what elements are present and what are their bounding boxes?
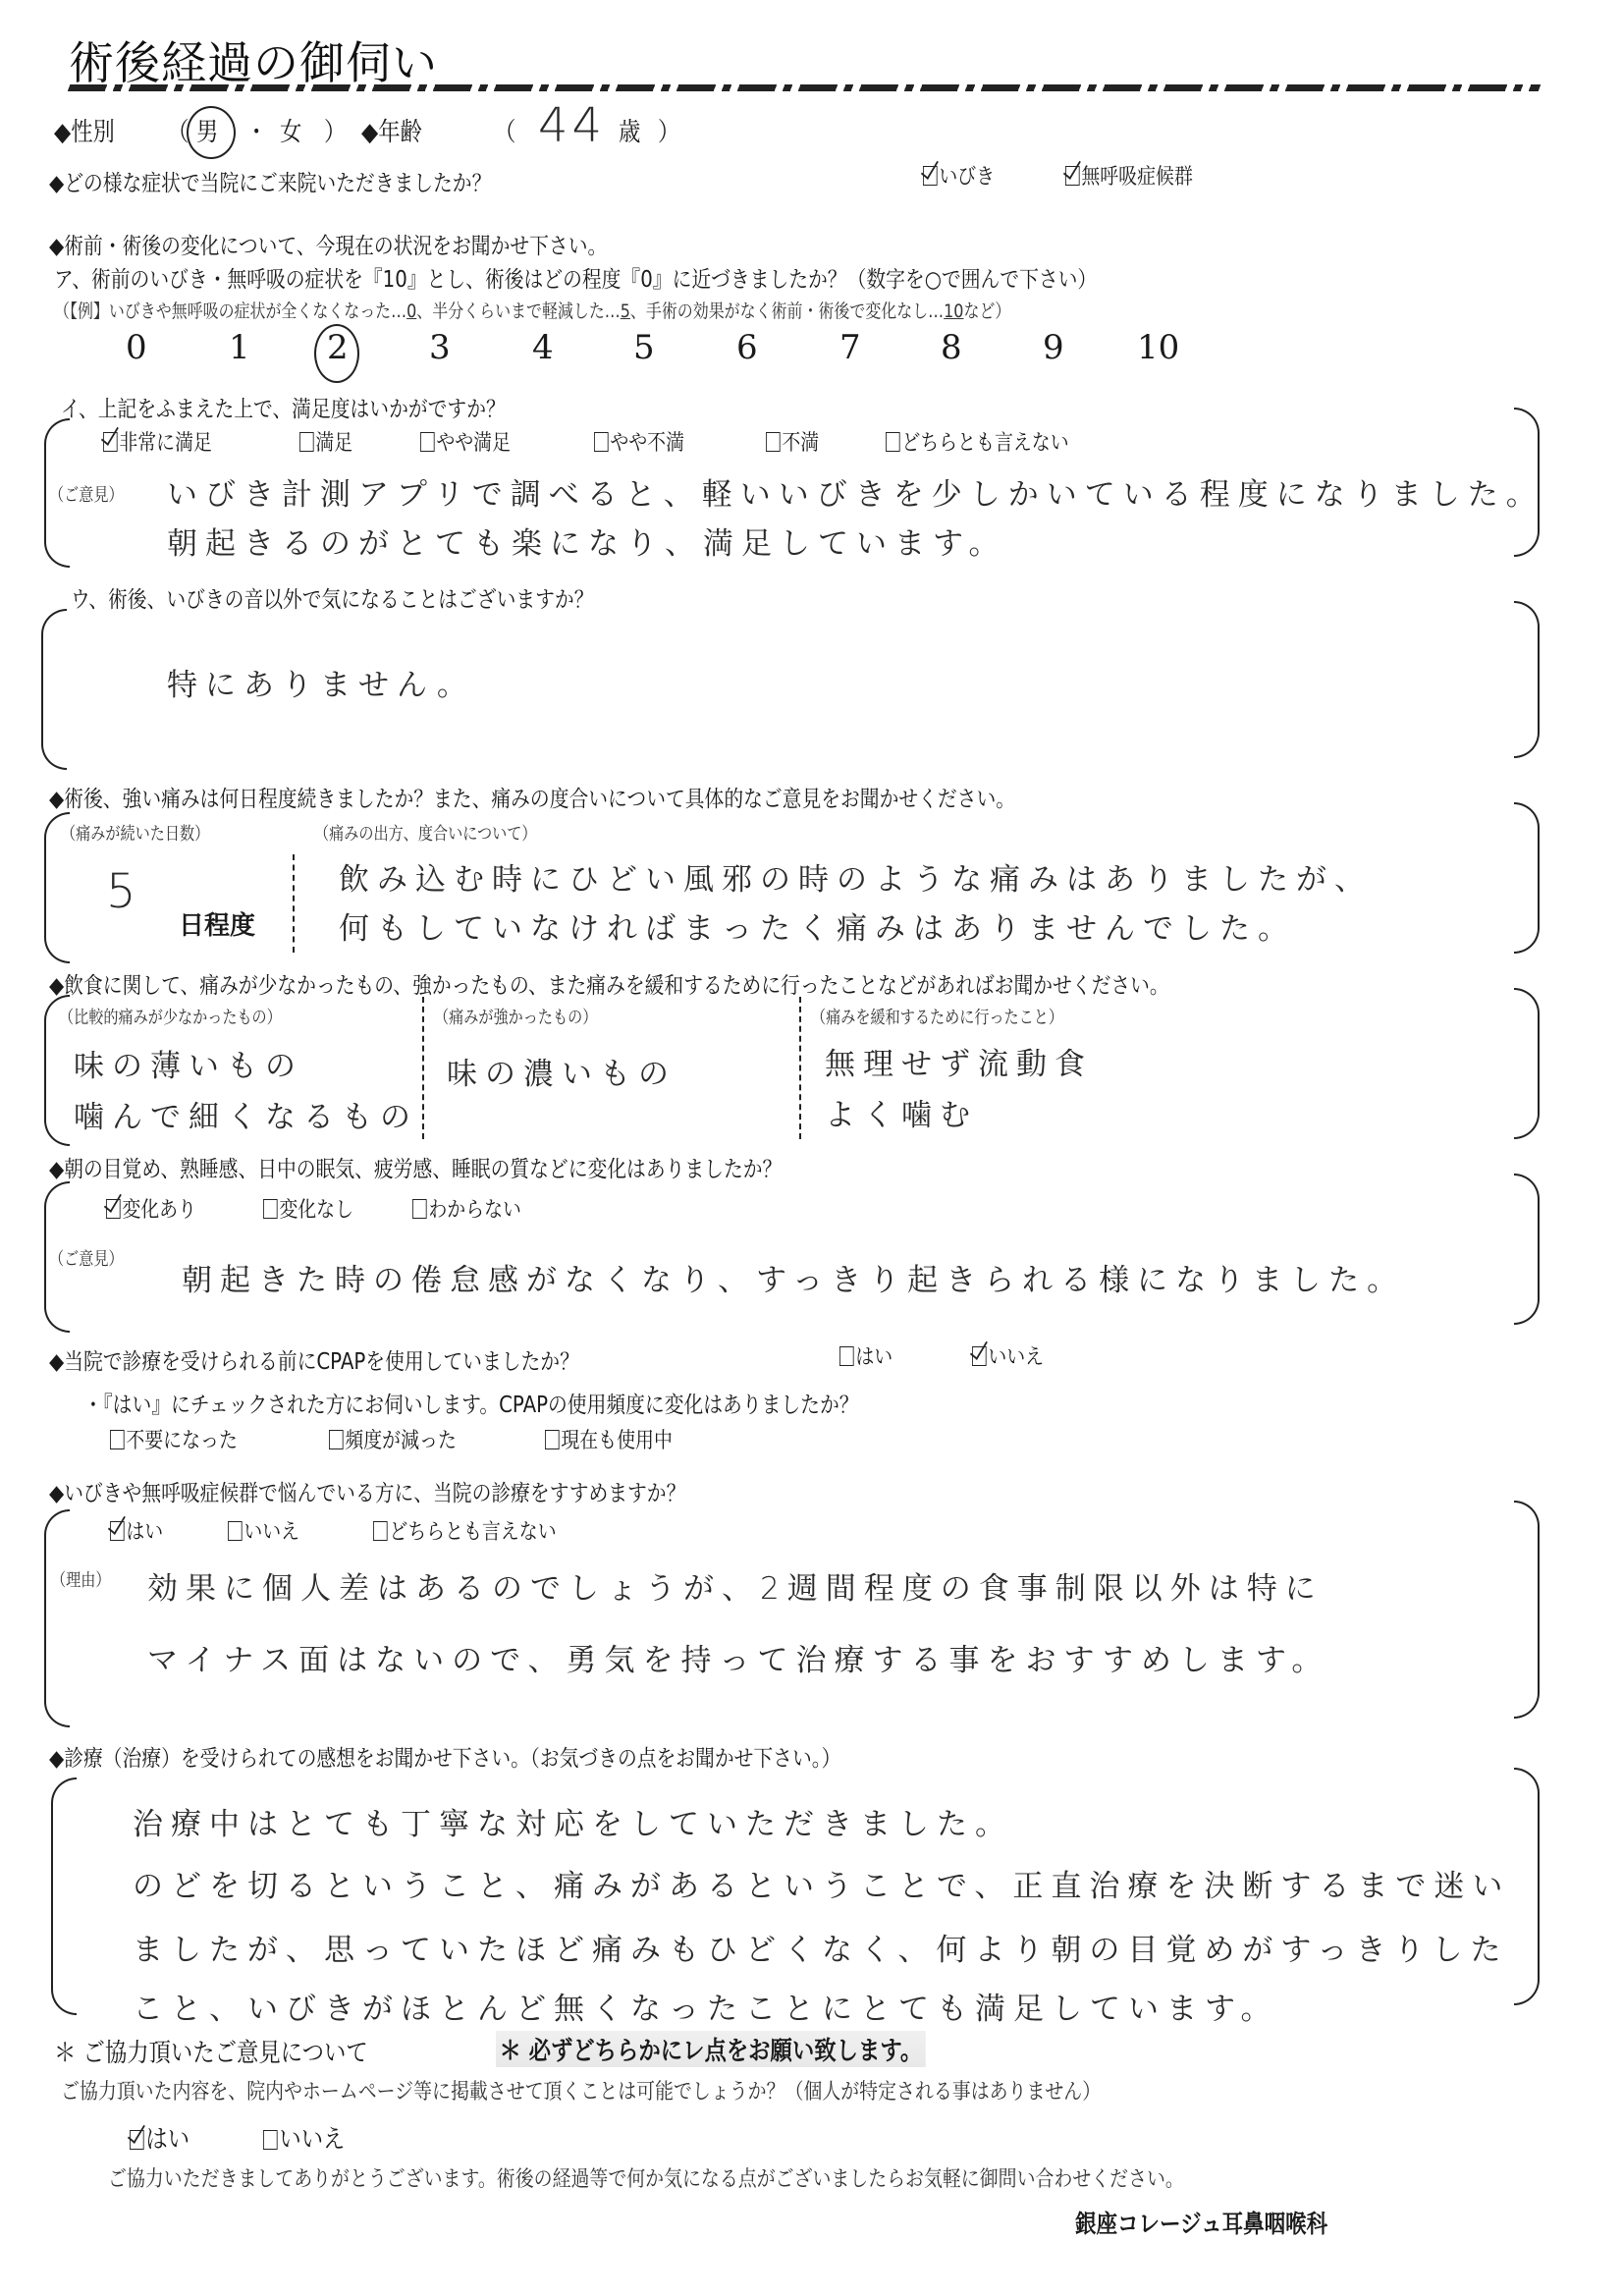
diet-col-3-label: （痛みを緩和するために行ったこと） [811, 1004, 1063, 1029]
morning-option-unchanged[interactable]: 変化なし [263, 1193, 353, 1224]
symptom-option-snoring[interactable]: いびき [923, 160, 995, 191]
scale-4[interactable]: 4 [532, 328, 554, 367]
scale-5[interactable]: 5 [633, 328, 655, 367]
checkbox-icon[interactable] [420, 432, 435, 452]
satisfaction-opinion-line-1[interactable]: いびき計測アプリで調べると、軽いいびきを少しかいている程度になりました。 [167, 469, 1544, 514]
recommend-option-neutral[interactable]: どちらとも言えない [373, 1515, 557, 1546]
checkbox-icon[interactable] [263, 2130, 278, 2150]
right-bracket [1514, 1174, 1540, 1325]
gender-close-paren: ） [324, 112, 346, 148]
diet-col-3-line-1[interactable]: 無理せず流動食 [825, 1039, 1093, 1083]
right-bracket [1514, 802, 1540, 954]
checkbox-icon[interactable] [329, 1430, 344, 1449]
consent-option-no[interactable]: いいえ [263, 2119, 345, 2156]
impression-line-2[interactable]: のどを切るということ、痛みがあるということで、正直治療を決断するまで迷い [133, 1861, 1510, 1905]
age-value[interactable]: 44 [538, 98, 606, 153]
morning-question: ◆朝の目覚め、熟睡感、日中の眠気、疲労感、睡眠の質などに変化はありましたか？ [49, 1151, 782, 1183]
recommend-option-yes[interactable]: はい [110, 1515, 163, 1546]
title-divider [68, 84, 1542, 91]
pain-question: ◆術後、強い痛みは何日程度続きましたか？また、痛みの度合いについて具体的なご意見… [49, 781, 1015, 813]
checkbox-checked-icon[interactable] [130, 2130, 144, 2150]
diet-col-3-line-2[interactable]: よく噛む [825, 1090, 978, 1134]
diet-col-1-label: （比較的痛みが少なかったもの） [59, 1004, 282, 1029]
impression-line-3[interactable]: ましたが、思っていたほど痛みもひどくなく、何より朝の目覚めがすっきりした [133, 1925, 1509, 1969]
diet-question: ◆飲食に関して、痛みが少なかったもの、強かったもの、また痛みを緩和するために行っ… [49, 967, 1169, 1000]
column-divider [422, 997, 424, 1139]
symptoms-question: ◆どの様な症状で当院にご来院いただきましたか？ [49, 165, 491, 197]
recommend-option-no[interactable]: いいえ [228, 1515, 299, 1546]
age-open-paren: （ [494, 112, 515, 148]
morning-opinion[interactable]: 朝起きた時の倦怠感がなくなり、すっきり起きられる様になりました。 [182, 1255, 1405, 1299]
pain-days-value[interactable]: 5 [106, 864, 136, 919]
scale-3[interactable]: 3 [429, 328, 451, 367]
left-bracket [51, 1777, 77, 2015]
other-concerns-answer[interactable]: 特にありません。 [167, 660, 475, 704]
gender-selection-circle [187, 106, 236, 159]
change-sub-a: ア、術前のいびき・無呼吸の症状を『10』とし、術後はどの程度『0』に近づきました… [54, 261, 1097, 294]
satisfaction-question: イ、上記をふまえた上で、満足度はいかがですか？ [61, 391, 506, 423]
scale-6[interactable]: 6 [736, 328, 758, 367]
cpap-followup-option-still-using[interactable]: 現在も使用中 [545, 1424, 673, 1454]
cpap-option-no[interactable]: いいえ [972, 1340, 1044, 1371]
satisfaction-option-somewhat-satisfied[interactable]: やや満足 [420, 426, 511, 457]
age-close-paren: ） [658, 112, 679, 148]
checkbox-icon[interactable] [110, 1430, 125, 1449]
checkbox-icon[interactable] [839, 1346, 854, 1366]
other-concerns-question: ウ、術後、いびきの音以外で気になることはございますか？ [71, 581, 593, 614]
checkbox-icon[interactable] [263, 1199, 278, 1219]
left-bracket [41, 609, 67, 770]
recommend-reason-label: （理由） [51, 1566, 110, 1592]
scale-10[interactable]: 10 [1137, 328, 1179, 367]
checkbox-icon[interactable] [299, 432, 314, 452]
morning-option-changed[interactable]: 変化あり [106, 1193, 196, 1224]
recommend-reason-line-1[interactable]: 効果に個人差はあるのでしょうが、2週間程度の食事制限以外は特に [147, 1563, 1324, 1608]
scale-8[interactable]: 8 [941, 328, 962, 367]
gender-label: ◆性別 [54, 112, 115, 148]
satisfaction-option-somewhat-dissatisfied[interactable]: やや不満 [594, 426, 684, 457]
satisfaction-option-satisfied[interactable]: 満足 [299, 426, 352, 457]
morning-option-unknown[interactable]: わからない [412, 1193, 521, 1224]
cpap-followup-question: ・『はい』にチェックされた方にお伺いします。CPAPの使用頻度に変化はありました… [83, 1387, 859, 1419]
recommend-reason-line-2[interactable]: マイナス面はないので、勇気を持って治療する事をおすすめします。 [147, 1635, 1329, 1679]
checkbox-icon[interactable] [886, 432, 900, 452]
checkbox-icon[interactable] [373, 1521, 388, 1541]
pain-days-unit: 日程度 [179, 905, 255, 942]
diet-col-1-line-2[interactable]: 噛んで細くなるもの [74, 1092, 418, 1136]
pain-detail-line-1[interactable]: 飲み込む時にひどい風邪の時のような痛みはありましたが、 [339, 854, 1373, 899]
right-bracket [1514, 1501, 1540, 1719]
gender-separator: ・ [245, 112, 267, 148]
gender-option-female[interactable]: 女 [280, 112, 301, 148]
age-unit: 歳 [619, 112, 640, 148]
pain-days-label: （痛みが続いた日数） [61, 820, 209, 846]
age-label: ◆年齢 [361, 112, 422, 148]
scale-0[interactable]: 0 [126, 328, 147, 367]
right-bracket [1514, 988, 1540, 1139]
change-question: ◆術前・術後の変化について、今現在の状況をお聞かせ下さい。 [49, 228, 607, 260]
checkbox-icon[interactable] [228, 1521, 243, 1541]
satisfaction-opinion-label: （ご意見） [49, 481, 124, 507]
diet-col-2-line-1[interactable]: 味の濃いもの [447, 1049, 676, 1093]
cpap-followup-option-reduced[interactable]: 頻度が減った [329, 1424, 457, 1454]
symptom-option-apnea[interactable]: 無呼吸症候群 [1065, 160, 1193, 191]
satisfaction-option-dissatisfied[interactable]: 不満 [766, 426, 819, 457]
morning-opinion-label: （ご意見） [49, 1245, 124, 1271]
checkbox-checked-icon[interactable] [1065, 166, 1080, 186]
satisfaction-option-neutral[interactable]: どちらとも言えない [886, 426, 1069, 457]
checkbox-checked-icon[interactable] [923, 166, 938, 186]
change-example: （【例】いびきや無呼吸の症状が全くなくなった…0、半分くらいまで軽減した…5、手… [54, 297, 1010, 323]
impression-line-4[interactable]: こと、いびきがほとんど無くなったことにとても満足しています。 [133, 1984, 1279, 2028]
cpap-followup-option-not-needed[interactable]: 不要になった [110, 1424, 238, 1454]
page-title: 術後経過の御伺い [69, 27, 438, 92]
scale-selection-circle [314, 324, 359, 383]
consent-question: ご協力頂いた内容を、院内やホームページ等に掲載させて頂くことは可能でしょうか？（… [61, 2075, 1101, 2105]
consent-heading-left: ＊ ご協力頂いたご意見について [54, 2033, 368, 2069]
checkbox-checked-icon[interactable] [103, 432, 118, 452]
right-bracket [1514, 1768, 1540, 2005]
gender-open-paren: （ [167, 112, 189, 148]
checkbox-checked-icon[interactable] [972, 1346, 987, 1366]
clinic-name: 銀座コレージュ耳鼻咽喉科 [1075, 2205, 1327, 2240]
pain-detail-label: （痛みの出方、度合いについて） [314, 820, 536, 846]
checkbox-icon[interactable] [766, 432, 781, 452]
consent-option-yes[interactable]: はい [130, 2119, 189, 2156]
diet-col-1-line-1[interactable]: 味の薄いもの [74, 1041, 303, 1085]
checkbox-checked-icon[interactable] [110, 1521, 125, 1541]
scale-9[interactable]: 9 [1043, 328, 1064, 367]
consent-heading-right: ＊ 必ずどちらかにレ点をお願い致します。 [496, 2031, 926, 2067]
column-divider [799, 997, 801, 1139]
impression-question: ◆診療（治療）を受けられての感想をお聞かせ下さい。（お気づきの点をお聞かせ下さい… [49, 1740, 840, 1773]
satisfaction-opinion-line-2[interactable]: 朝起きるのがとても楽になり、満足しています。 [167, 519, 1007, 563]
right-bracket [1514, 601, 1540, 758]
satisfaction-option-very-satisfied[interactable]: 非常に満足 [103, 426, 212, 457]
diet-col-2-label: （痛みが強かったもの） [434, 1004, 597, 1029]
checkbox-checked-icon[interactable] [106, 1199, 121, 1219]
impression-line-1[interactable]: 治療中はとても丁寧な対応をしていただきました。 [133, 1799, 1013, 1843]
column-divider [293, 854, 295, 953]
scale-7[interactable]: 7 [839, 328, 861, 367]
pain-detail-line-2[interactable]: 何もしていなければまったく痛みはありませんでした。 [339, 903, 1296, 948]
checkbox-icon[interactable] [412, 1199, 427, 1219]
checkbox-icon[interactable] [545, 1430, 560, 1449]
checkbox-icon[interactable] [594, 432, 609, 452]
cpap-question: ◆当院で診療を受けられる前にCPAPを使用していましたか？ [49, 1343, 579, 1376]
scale-1[interactable]: 1 [229, 328, 250, 367]
cpap-option-yes[interactable]: はい [839, 1340, 893, 1371]
left-bracket [44, 1509, 70, 1727]
recommend-question: ◆いびきや無呼吸症候群で悩んでいる方に、当院の診療をすすめますか？ [49, 1475, 685, 1507]
thanks-message: ご協力いただきましてありがとうございます。術後の経過等で何か気になる点がございま… [108, 2162, 1184, 2193]
